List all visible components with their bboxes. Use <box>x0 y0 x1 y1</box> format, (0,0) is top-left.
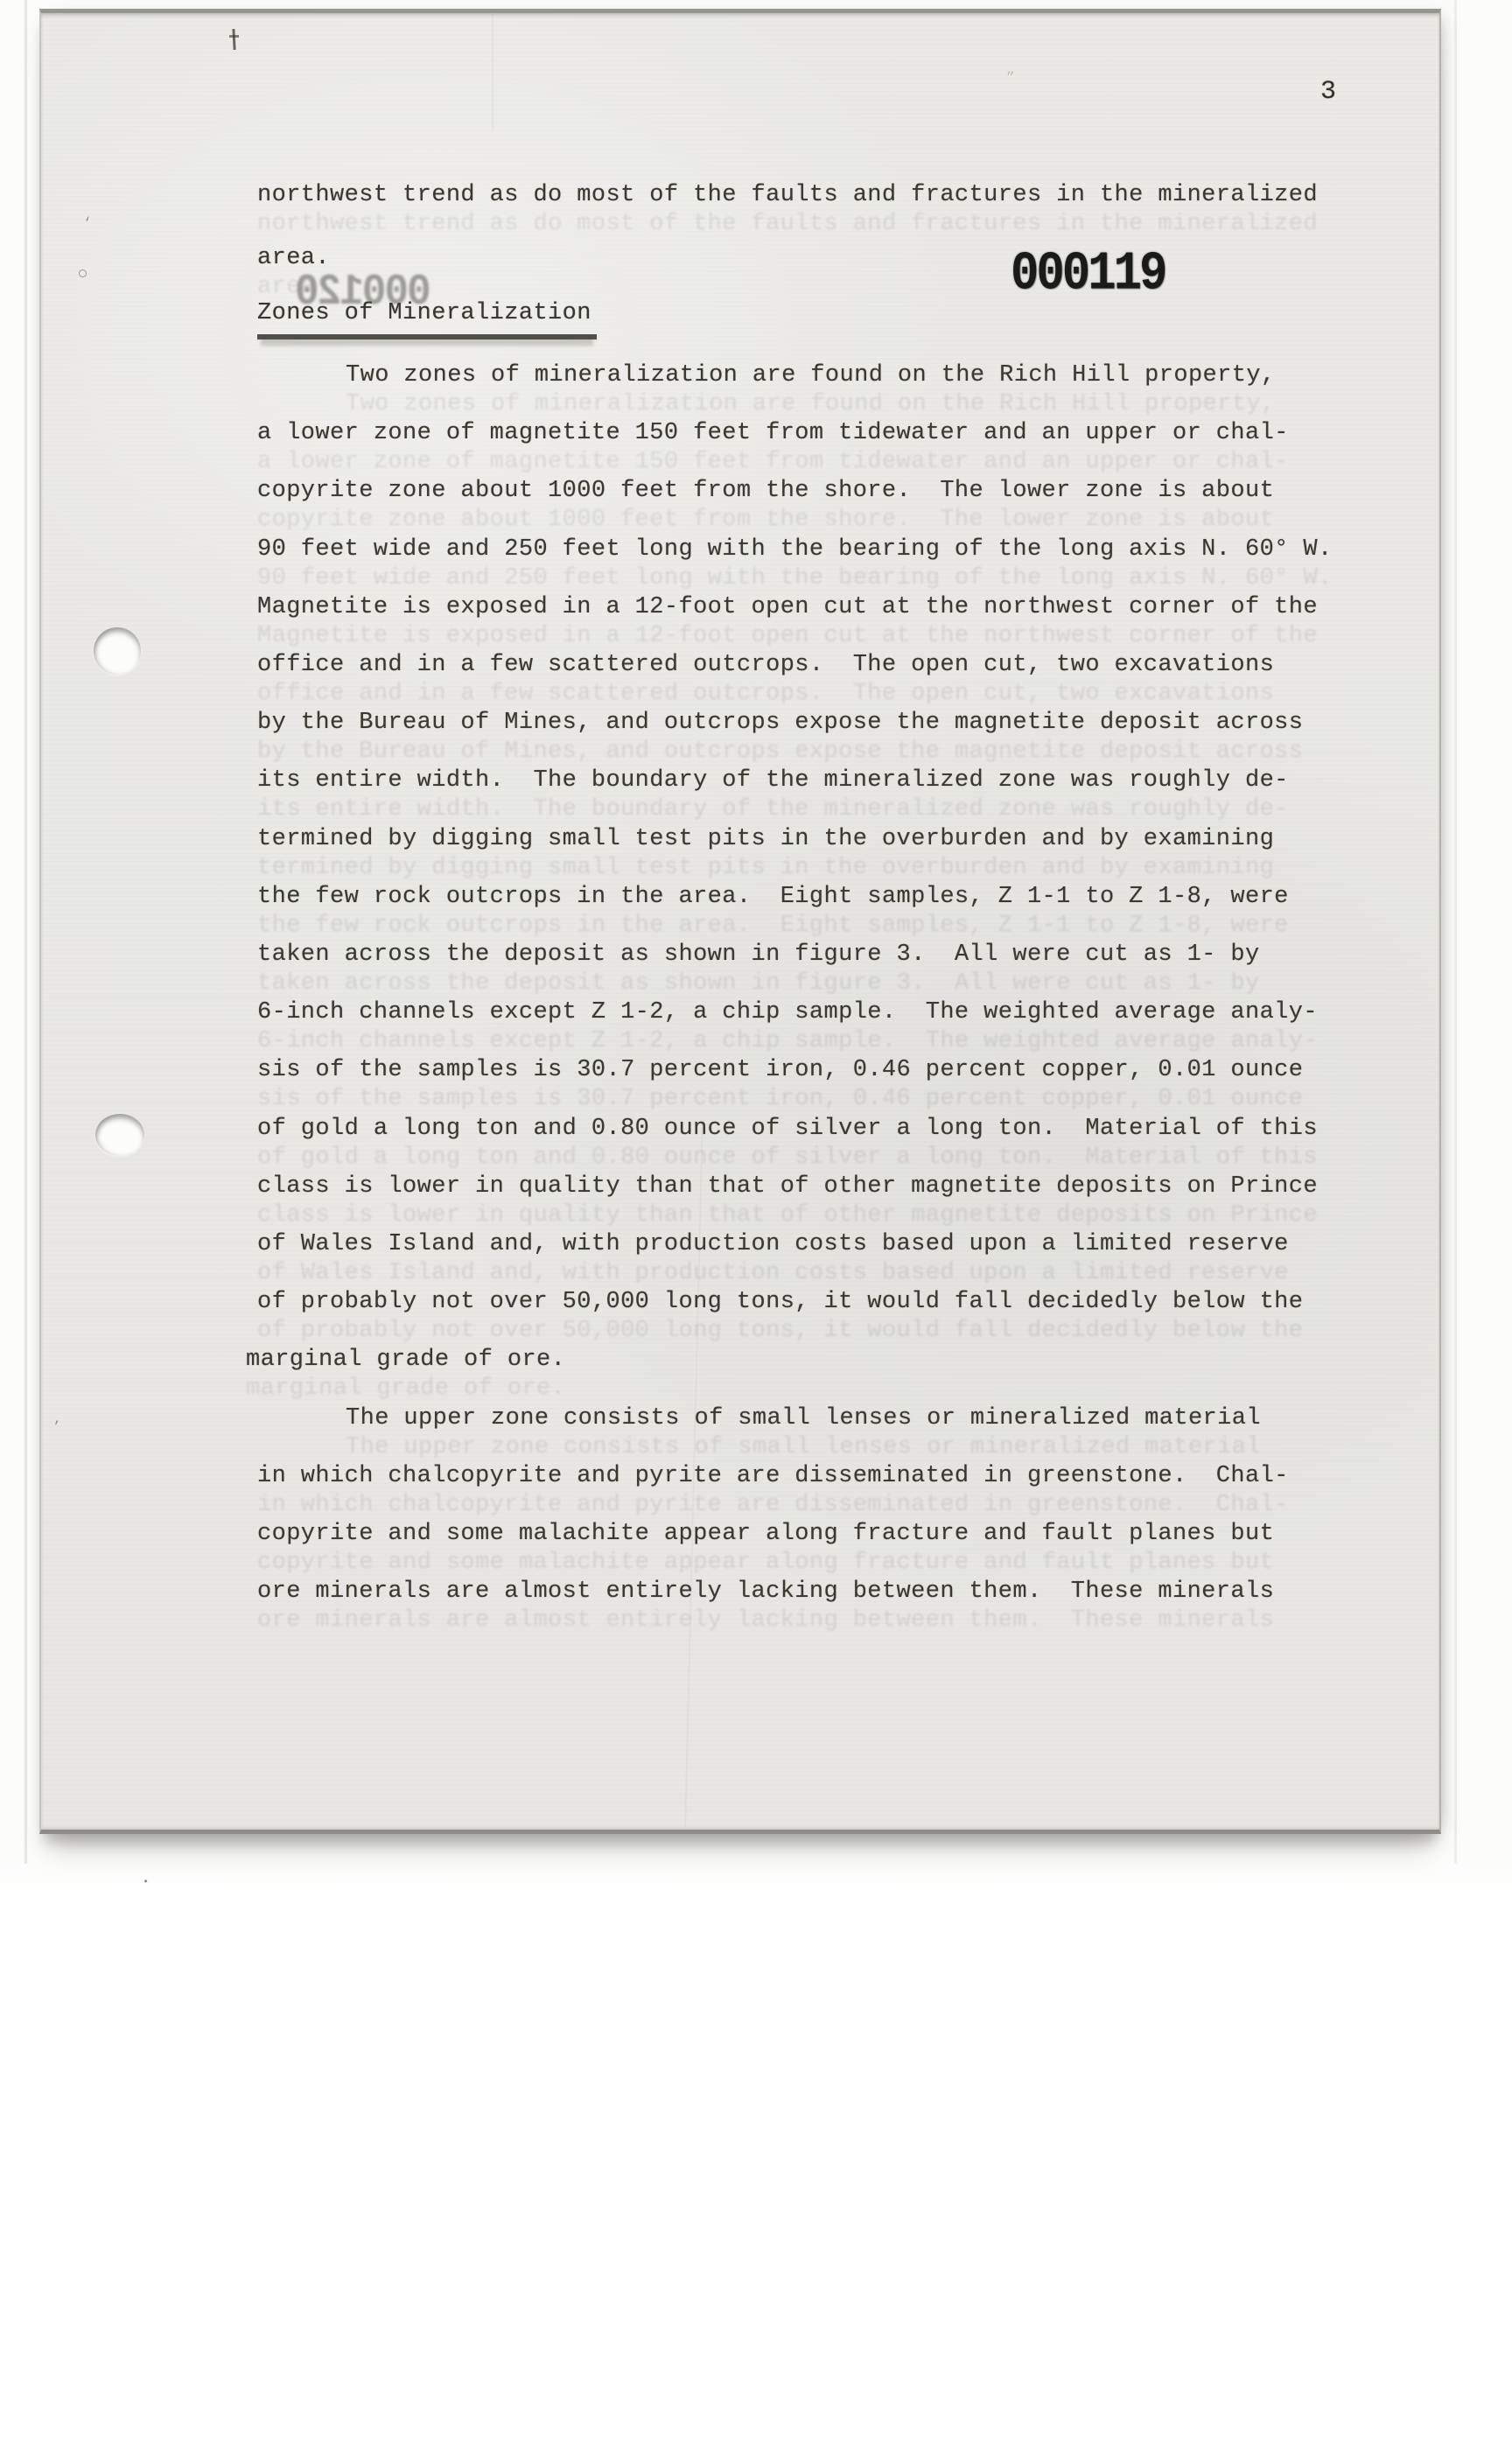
typed-line: taken across the deposit as shown in fig… <box>257 940 1260 969</box>
paper-speck: ” <box>1006 71 1015 85</box>
punch-hole <box>95 1114 144 1156</box>
paper-sheet: ‘ ” ’ • 3 000119 000120 Zones of Mineral… <box>39 9 1441 1834</box>
paper-speck: ‘ <box>83 216 92 230</box>
page-number: 3 <box>1320 76 1336 108</box>
typed-line: termined by digging small test pits in t… <box>257 824 1274 854</box>
typed-line: the few rock outcrops in the area. Eight… <box>257 882 1289 912</box>
typed-line: class is lower in quality than that of o… <box>257 1172 1318 1201</box>
ink-smudge <box>227 29 240 52</box>
typed-line: its entire width. The boundary of the mi… <box>257 766 1289 795</box>
typed-line: a lower zone of magnetite 150 feet from … <box>257 418 1289 448</box>
section-heading: Zones of Mineralization <box>257 298 597 339</box>
typed-line: Two zones of mineralization are found on… <box>346 360 1276 390</box>
typed-line: office and in a few scattered outcrops. … <box>257 650 1274 680</box>
typed-line: of gold a long ton and 0.80 ounce of sil… <box>257 1114 1318 1144</box>
typed-line: in which chalcopyrite and pyrite are dis… <box>257 1461 1289 1491</box>
scanned-document-background: ‘ ” ’ • 3 000119 000120 Zones of Mineral… <box>0 0 1512 2450</box>
typed-line: 6-inch channels except Z 1-2, a chip sam… <box>257 997 1318 1027</box>
typed-line: of Wales Island and, with production cos… <box>257 1229 1289 1259</box>
typed-line: sis of the samples is 30.7 percent iron,… <box>257 1055 1303 1085</box>
typed-line: of probably not over 50,000 long tons, i… <box>257 1287 1303 1317</box>
typed-line: ore minerals are almost entirely lacking… <box>257 1577 1274 1606</box>
typed-line: copyrite zone about 1000 feet from the s… <box>257 476 1274 506</box>
punch-hole <box>94 627 141 675</box>
typed-line: marginal grade of ore. <box>246 1345 565 1375</box>
ink-smudge-stroke <box>232 29 235 50</box>
serial-number-stamp: 000119 <box>1011 246 1165 304</box>
paper-crease <box>492 13 493 131</box>
paper-speck <box>79 269 87 277</box>
typed-line: by the Bureau of Mines, and outcrops exp… <box>257 708 1303 738</box>
ink-smudge-stroke <box>229 35 239 38</box>
typed-line: The upper zone consists of small lenses … <box>346 1403 1261 1433</box>
paper-speck: ’ <box>52 1420 61 1434</box>
scan-streak <box>24 0 27 1864</box>
paper-speck: • <box>143 1875 149 1889</box>
typed-line: copyrite and some malachite appear along… <box>257 1519 1274 1549</box>
typed-line: northwest trend as do most of the faults… <box>257 180 1318 210</box>
scan-streak <box>1454 0 1457 1864</box>
typed-line: 90 feet wide and 250 feet long with the … <box>257 535 1333 564</box>
typed-line: area. <box>257 243 330 273</box>
typed-line: Magnetite is exposed in a 12-foot open c… <box>257 592 1318 622</box>
